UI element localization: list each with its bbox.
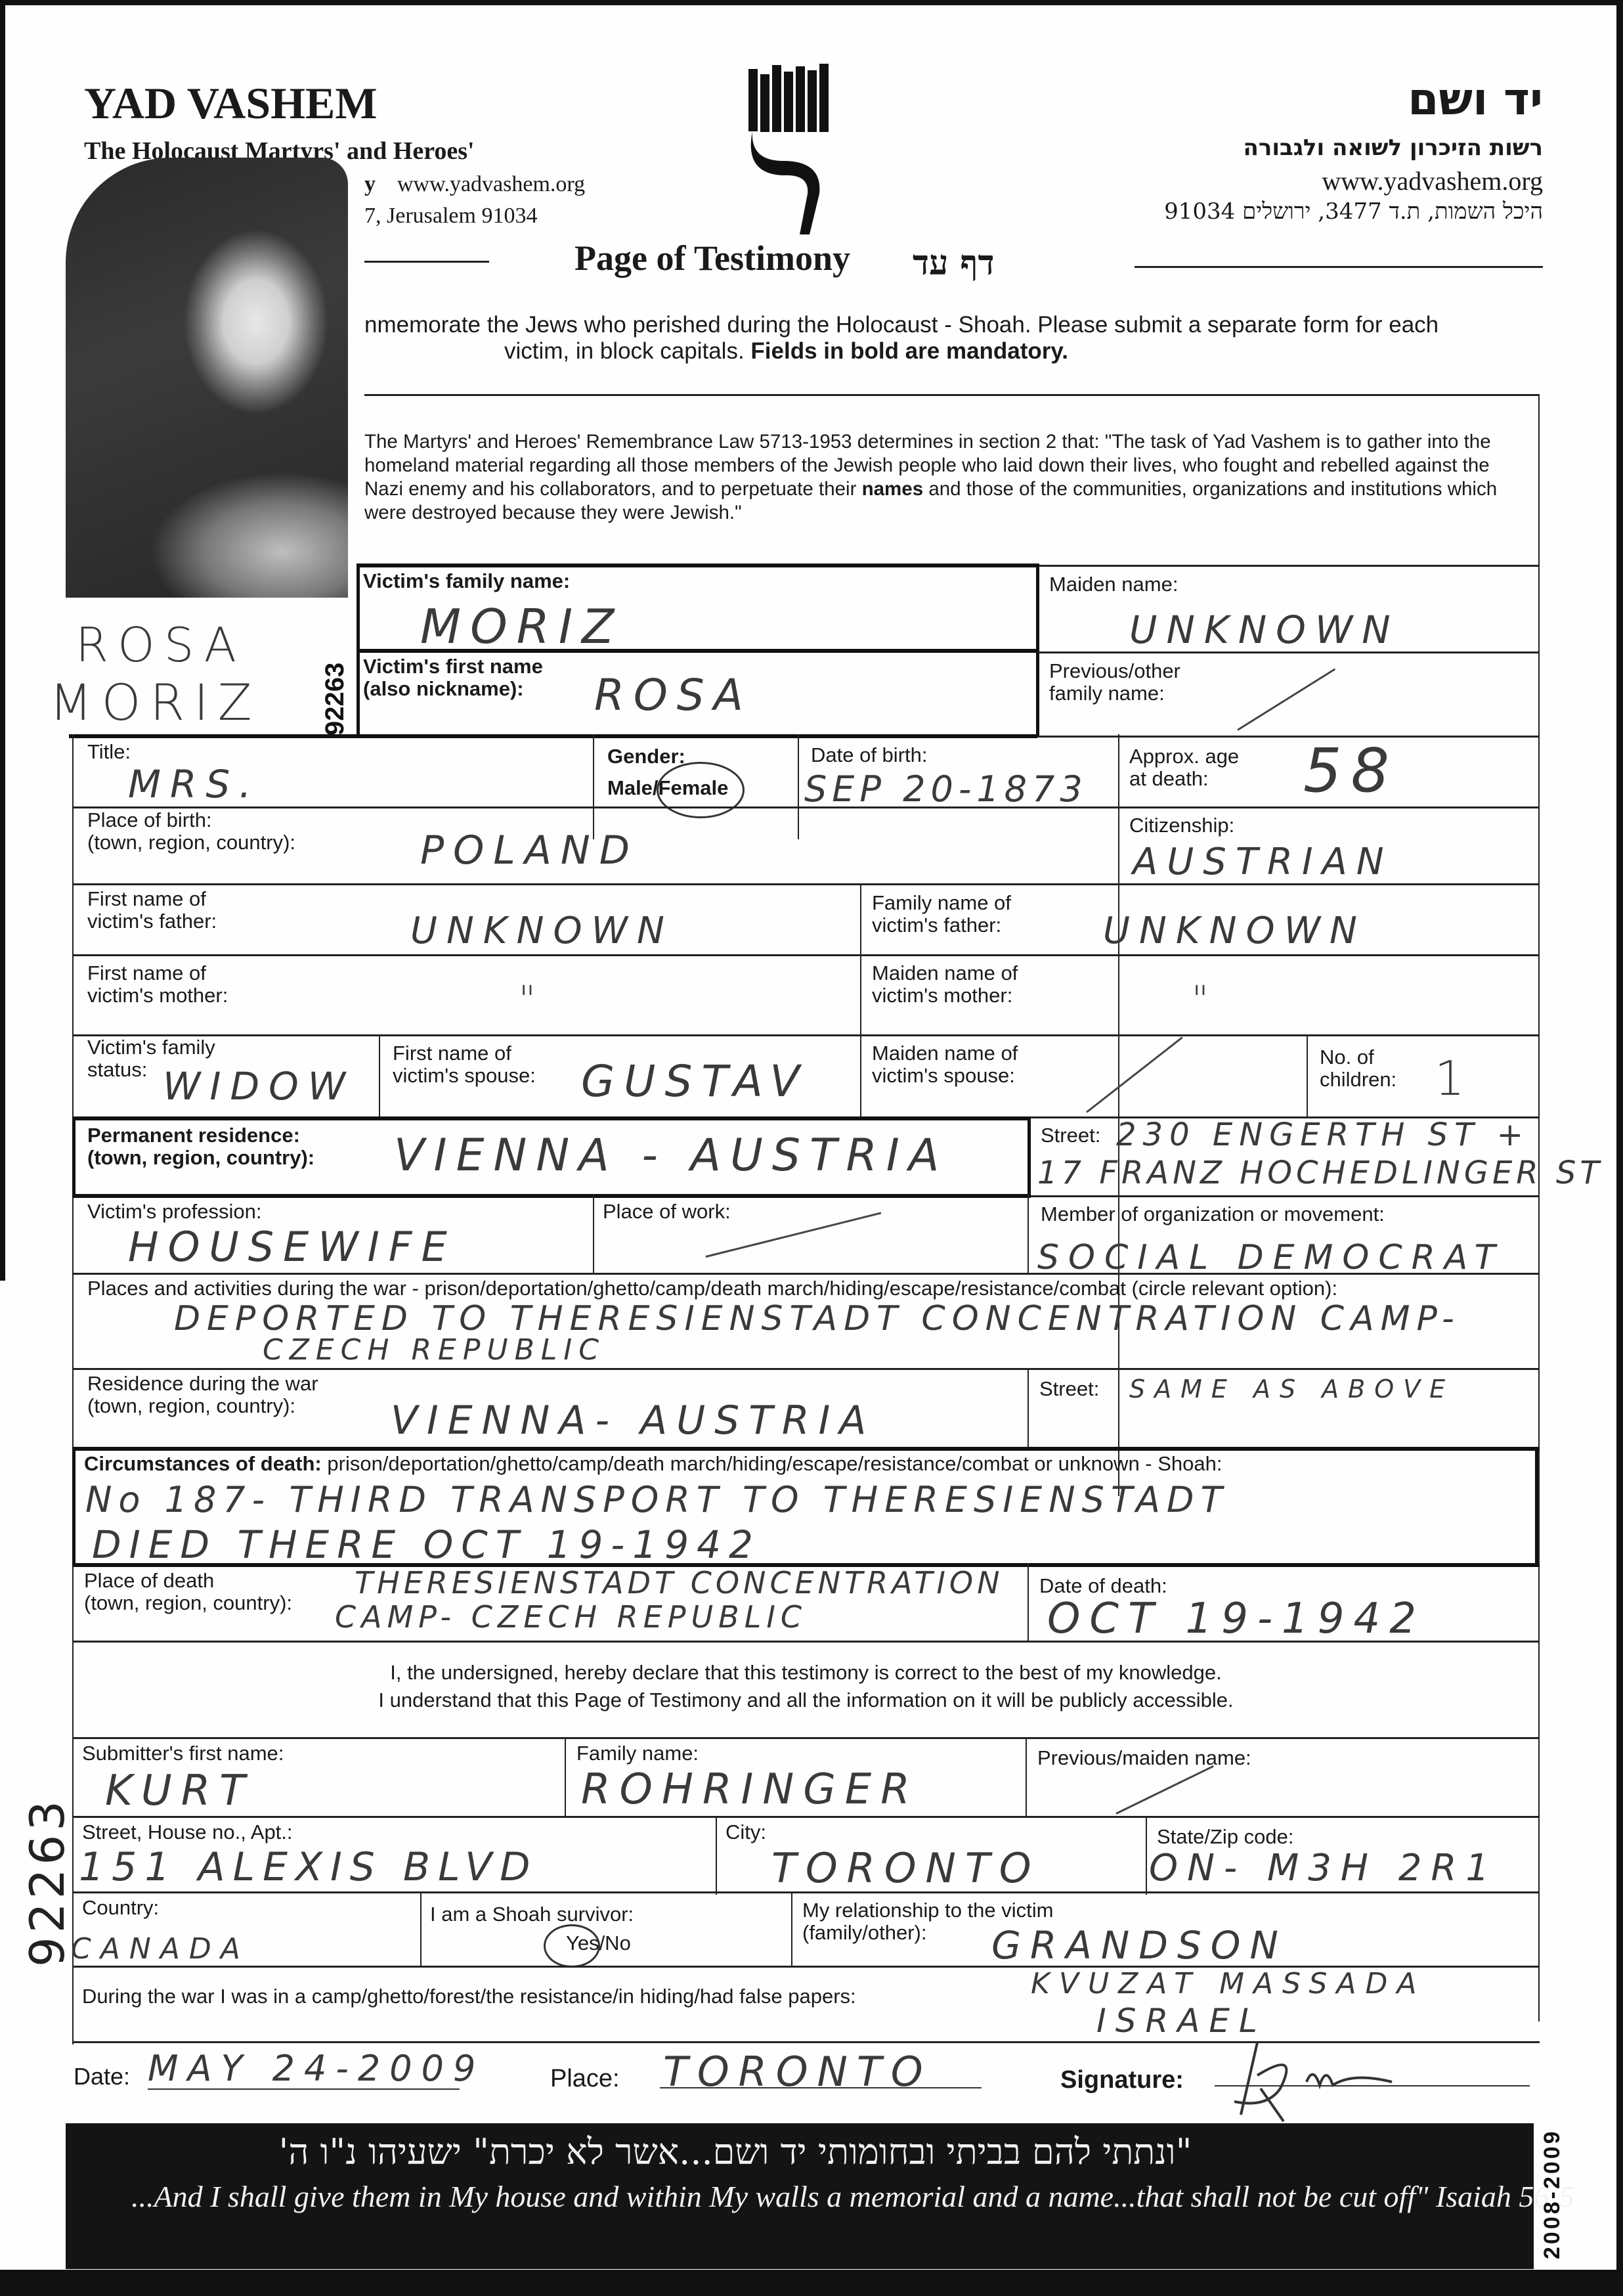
war-activities-label: Places and activities during the war - p… (87, 1277, 1532, 1300)
spouse-maiden-name-label-2: victim's spouse: (872, 1065, 1018, 1087)
place-of-death-label-1: Place of death (84, 1570, 292, 1592)
law-text-bold: names (862, 478, 923, 500)
street-value-line-2[interactable]: 17 FRANZ HOCHEDLINGER ST (1037, 1155, 1603, 1191)
rule (1028, 1194, 1029, 1273)
during-war-value-line-1[interactable]: KVUZAT MASSADA (1031, 1967, 1426, 2000)
relationship-value[interactable]: GRANDSON (991, 1923, 1288, 1968)
citizenship-label: Citizenship: (1129, 814, 1234, 837)
approx-age-value[interactable]: 58 (1303, 736, 1398, 806)
mother-maiden-name-label: Maiden name of victim's mother: (872, 962, 1018, 1007)
permanent-residence-label-1: Permanent residence: (87, 1124, 314, 1147)
permanent-residence-value[interactable]: VIENNA - AUSTRIA (394, 1130, 948, 1181)
scan-edge-left (0, 0, 5, 1281)
children-label-1: No. of (1320, 1046, 1396, 1069)
war-street-value[interactable]: SAME AS ABOVE (1129, 1375, 1454, 1403)
rule (72, 1447, 1540, 1451)
rule (798, 734, 799, 839)
submitter-street-label: Street, House no., Apt.: (82, 1821, 293, 1843)
maiden-name-value[interactable]: UNKNOWN (1129, 607, 1400, 652)
place-of-birth-label-2: (town, region, country): (87, 831, 295, 854)
rule (1037, 736, 1540, 738)
submitter-first-name-label: Submitter's first name: (82, 1742, 284, 1765)
spouse-first-name-label-1: First name of (393, 1042, 536, 1065)
submitter-first-name-value[interactable]: KURT (105, 1767, 254, 1815)
org-subtitle-he: רשות הזיכרון לשואה ולגבורה (1083, 135, 1543, 161)
spouse-first-name-label: First name of victim's spouse: (393, 1042, 536, 1087)
submitter-previous-name-empty-mark (1115, 1765, 1214, 1815)
date-of-death-label: Date of death: (1039, 1575, 1167, 1597)
law-text: The Martyrs' and Heroes' Remembrance Law… (364, 430, 1520, 525)
victim-first-name-label-1: Victim's first name (363, 655, 543, 678)
mother-first-name-value[interactable]: " (519, 979, 545, 1021)
date-of-birth-label: Date of birth: (811, 744, 927, 766)
spouse-maiden-name-label-1: Maiden name of (872, 1042, 1018, 1065)
circumstances-value-line-2[interactable]: DIED THERE OCT 19-1942 (92, 1522, 761, 1567)
father-family-name-label: Family name of victim's father: (872, 892, 1011, 937)
street-value-line-1[interactable]: 230 ENGERTH ST + (1116, 1116, 1530, 1153)
mother-maiden-name-label-2: victim's mother: (872, 984, 1018, 1007)
father-family-name-label-2: victim's father: (872, 914, 1011, 937)
during-war-value-line-2[interactable]: ISRAEL (1096, 2002, 1266, 2040)
photo-stamp-number: 92263 (320, 663, 350, 736)
circumstances-value-line-1[interactable]: No 187- THIRD TRANSPORT TO THERESIENSTAD… (85, 1479, 1229, 1520)
approx-age-label-2: at death: (1129, 768, 1239, 790)
rule (1028, 1116, 1031, 1195)
address-he: היכל השמות, ת.ד 3477, ירושלים 91034 (1018, 198, 1543, 225)
father-family-name-value[interactable]: UNKNOWN (1103, 910, 1366, 952)
approx-age-label: Approx. age at death: (1129, 745, 1239, 790)
yad-vashem-logo-icon (747, 62, 833, 236)
war-residence-label: Residence during the war (town, region, … (87, 1373, 318, 1417)
circumstances-label: Circumstances of death: prison/deportati… (84, 1453, 1222, 1475)
spouse-maiden-name-label: Maiden name of victim's spouse: (872, 1042, 1018, 1087)
rule (1031, 1195, 1540, 1197)
place-line (660, 2087, 982, 2088)
website-en: www.yadvashem.org (397, 172, 585, 197)
rule (72, 954, 1540, 956)
signature-scribble-icon[interactable] (1221, 2036, 1418, 2128)
website-he: www.yadvashem.org (1083, 166, 1543, 196)
address-en: 7, Jerusalem 91034 (364, 204, 537, 229)
submitter-street-value[interactable]: 151 ALEXIS BLVD (79, 1844, 538, 1890)
mother-maiden-name-value[interactable]: " (1192, 979, 1218, 1021)
rule (379, 1034, 380, 1116)
children-label: No. of children: (1320, 1046, 1396, 1091)
gender-female-circle-mark (657, 762, 745, 818)
testimony-page: YAD VASHEM The Holocaust Martyrs' and He… (0, 0, 1623, 2296)
victim-photo (66, 158, 348, 598)
place-of-death-label: Place of death (town, region, country): (84, 1570, 292, 1614)
rule (1118, 734, 1119, 1496)
rule (72, 1273, 1540, 1275)
signature-label: Signature: (1060, 2069, 1184, 2091)
rule (72, 1194, 1031, 1198)
declaration-line-2: I understand that this Page of Testimony… (72, 1689, 1540, 1711)
intro-line-1: nmemorate the Jews who perished during t… (364, 312, 1439, 338)
previous-family-name-label-1: Previous/other (1049, 660, 1180, 682)
scan-edge-bottom (0, 2270, 1623, 2296)
profession-label: Victim's profession: (87, 1201, 262, 1223)
submitter-country-label: Country: (82, 1897, 159, 1919)
date-line (148, 2088, 460, 2090)
mandatory-note: Fields in bold are mandatory. (750, 338, 1068, 364)
intro-line-2: victim, in block capitals. Fields in bol… (504, 338, 1068, 364)
place-of-birth-value[interactable]: POLAND (420, 828, 639, 873)
place-label: Place: (550, 2067, 620, 2090)
form-year: 2008-2009 (1540, 2128, 1565, 2259)
rule (72, 1641, 1540, 1643)
war-activities-value-line-1[interactable]: DEPORTED TO THERESIENSTADT CONCENTRATION… (174, 1299, 1461, 1338)
place-of-birth-label-1: Place of birth: (87, 809, 295, 831)
rule (1028, 1368, 1029, 1447)
citizenship-value[interactable]: AUSTRIAN (1133, 841, 1393, 883)
rule (72, 1447, 76, 1565)
header-rule-left (364, 261, 489, 263)
permanent-residence-label: Permanent residence: (town, region, coun… (87, 1124, 314, 1169)
father-family-name-label-1: Family name of (872, 892, 1011, 914)
father-first-name-label-2: victim's father: (87, 910, 217, 933)
footer-quote-he: "ונתתי להם בביתי ובחומותי יד ושם...אשר ל… (197, 2131, 1274, 2173)
spouse-first-name-value[interactable]: GUSTAV (581, 1056, 809, 1107)
photo-annotation-first-name: ROSA (76, 617, 246, 673)
rule (69, 734, 1037, 738)
date-value[interactable]: MAY 24-2009 (148, 2048, 485, 2089)
date-of-death-value[interactable]: OCT 19-1942 (1047, 1595, 1425, 1643)
rule (72, 1891, 1540, 1893)
place-of-death-label-2: (town, region, country): (84, 1592, 292, 1614)
children-label-2: children: (1320, 1069, 1396, 1091)
law-box-right (1538, 394, 1540, 565)
intro-line-2-text: victim, in block capitals. (504, 338, 745, 364)
submitter-state-zip-value[interactable]: ON- M3H 2R1 (1149, 1847, 1498, 1889)
place-value[interactable]: TORONTO (663, 2048, 932, 2096)
rule (72, 806, 1540, 808)
submitter-city-label: City: (725, 1821, 766, 1843)
page-title-he: דף עד (913, 243, 995, 283)
footer-quote-en: ...And I shall give them in My house and… (131, 2179, 1444, 2214)
rule (72, 1368, 1540, 1370)
war-residence-value[interactable]: VIENNA- AUSTRIA (391, 1398, 875, 1444)
rule (72, 1816, 1540, 1818)
rule (72, 883, 1540, 885)
spouse-first-name-label-2: victim's spouse: (393, 1065, 536, 1087)
family-status-value[interactable]: WIDOW (163, 1064, 355, 1109)
victim-family-name-value[interactable]: MORIZ (420, 599, 623, 654)
mother-first-name-label-2: victim's mother: (87, 984, 228, 1007)
organization-label: Member of organization or movement: (1041, 1203, 1385, 1225)
rule (1037, 565, 1540, 567)
rule (72, 1116, 1031, 1120)
gender-label: Gender: (607, 745, 685, 768)
place-of-work-label: Place of work: (603, 1201, 731, 1223)
place-of-birth-label: Place of birth: (town, region, country): (87, 809, 295, 854)
previous-family-name-label: Previous/other family name: (1049, 660, 1180, 705)
rule (1535, 1447, 1538, 1565)
previous-family-name-empty-mark (1237, 668, 1335, 730)
date-label: Date: (74, 2065, 130, 2088)
title-label: Title: (87, 741, 131, 763)
submitter-family-name-label: Family name: (576, 1742, 699, 1765)
profession-value[interactable]: HOUSEWIFE (128, 1223, 456, 1271)
war-street-label: Street: (1039, 1378, 1099, 1400)
war-activities-value-line-2[interactable]: CZECH REPUBLIC (263, 1333, 605, 1367)
photo-annotation-last-name: MORIZ (49, 673, 261, 732)
survivor-yes-circle-mark (544, 1924, 600, 1968)
mother-first-name-label: First name of victim's mother: (87, 962, 228, 1007)
mother-maiden-name-label-1: Maiden name of (872, 962, 1018, 984)
rule (1026, 1737, 1027, 1816)
submitter-previous-name-label: Previous/maiden name: (1037, 1747, 1251, 1769)
rule (791, 1891, 792, 1967)
scan-edge-top (0, 0, 1623, 5)
during-war-label: During the war I was in a camp/ghetto/fo… (82, 1985, 856, 2008)
rule (860, 883, 861, 1116)
rule (716, 1816, 717, 1895)
place-of-death-value-line-2[interactable]: CAMP- CZECH REPUBLIC (335, 1599, 807, 1635)
victim-first-name-label: Victim's first name (also nickname): (363, 655, 543, 700)
rule (1028, 1563, 1029, 1642)
organization-value[interactable]: SOCIAL DEMOCRAT (1037, 1238, 1504, 1277)
scan-edge-right (1616, 0, 1623, 2296)
survivor-label: I am a Shoah survivor: (430, 1903, 634, 1926)
submitter-city-value[interactable]: TORONTO (771, 1844, 1041, 1892)
relationship-label-1: My relationship to the victim (802, 1899, 1053, 1922)
rule (565, 1737, 566, 1816)
war-residence-label-1: Residence during the war (87, 1373, 318, 1395)
maiden-name-label: Maiden name: (1049, 573, 1178, 596)
spouse-maiden-name-empty-mark (1086, 1036, 1183, 1113)
margin-submission-number: 92263 (20, 1797, 75, 1967)
place-of-work-empty-mark (706, 1212, 882, 1258)
date-of-birth-value[interactable]: SEP 20-1873 (804, 768, 1088, 810)
father-first-name-label: First name of victim's father: (87, 888, 217, 933)
father-first-name-label-1: First name of (87, 888, 217, 910)
victim-first-name-value[interactable]: ROSA (594, 670, 752, 720)
street-label: Street: (1041, 1124, 1100, 1147)
rule (72, 1034, 1540, 1036)
rule (358, 563, 1037, 567)
rule (1307, 1034, 1308, 1116)
submitter-state-zip-label: State/Zip code: (1157, 1826, 1294, 1848)
rule (358, 649, 1037, 653)
victim-family-name-label: Victim's family name: (363, 570, 570, 592)
rule (1538, 563, 1540, 2021)
children-value[interactable]: 1 (1435, 1051, 1474, 1106)
mother-first-name-label-1: First name of (87, 962, 228, 984)
submitter-family-name-value[interactable]: ROHRINGER (581, 1765, 919, 1814)
submitter-country-value[interactable]: CANADA (71, 1932, 249, 1966)
rule (72, 1116, 76, 1195)
circumstances-label-bold: Circumstances of death: (84, 1452, 322, 1475)
circumstances-label-rest: prison/deportation/ghetto/camp/death mar… (327, 1452, 1222, 1475)
victim-first-name-label-2: (also nickname): (363, 678, 543, 700)
org-name-he: יד ושם (1247, 74, 1543, 125)
rule (72, 1737, 1540, 1739)
previous-family-name-label-2: family name: (1049, 682, 1180, 705)
father-first-name-value[interactable]: UNKNOWN (410, 910, 674, 952)
law-box-top (364, 394, 1540, 396)
org-name-en: YAD VASHEM (84, 77, 378, 129)
rule (593, 1194, 594, 1273)
title-value[interactable]: MRS. (128, 762, 261, 806)
family-status-label-1: Victim's family (87, 1036, 215, 1059)
place-of-death-value-line-1[interactable]: THERESIENSTADT CONCENTRATION (355, 1565, 1004, 1601)
war-residence-label-2: (town, region, country): (87, 1395, 318, 1417)
rule (420, 1891, 422, 1967)
org-subtitle-en-partial: y (364, 172, 376, 197)
header-rule-right (1135, 266, 1543, 268)
page-title-en: Page of Testimony (574, 238, 850, 278)
declaration-line-1: I, the undersigned, hereby declare that … (72, 1662, 1540, 1684)
rule (1037, 651, 1540, 653)
rule (593, 734, 594, 839)
approx-age-label-1: Approx. age (1129, 745, 1239, 768)
rule (1146, 1816, 1147, 1895)
permanent-residence-label-2: (town, region, country): (87, 1147, 314, 1169)
